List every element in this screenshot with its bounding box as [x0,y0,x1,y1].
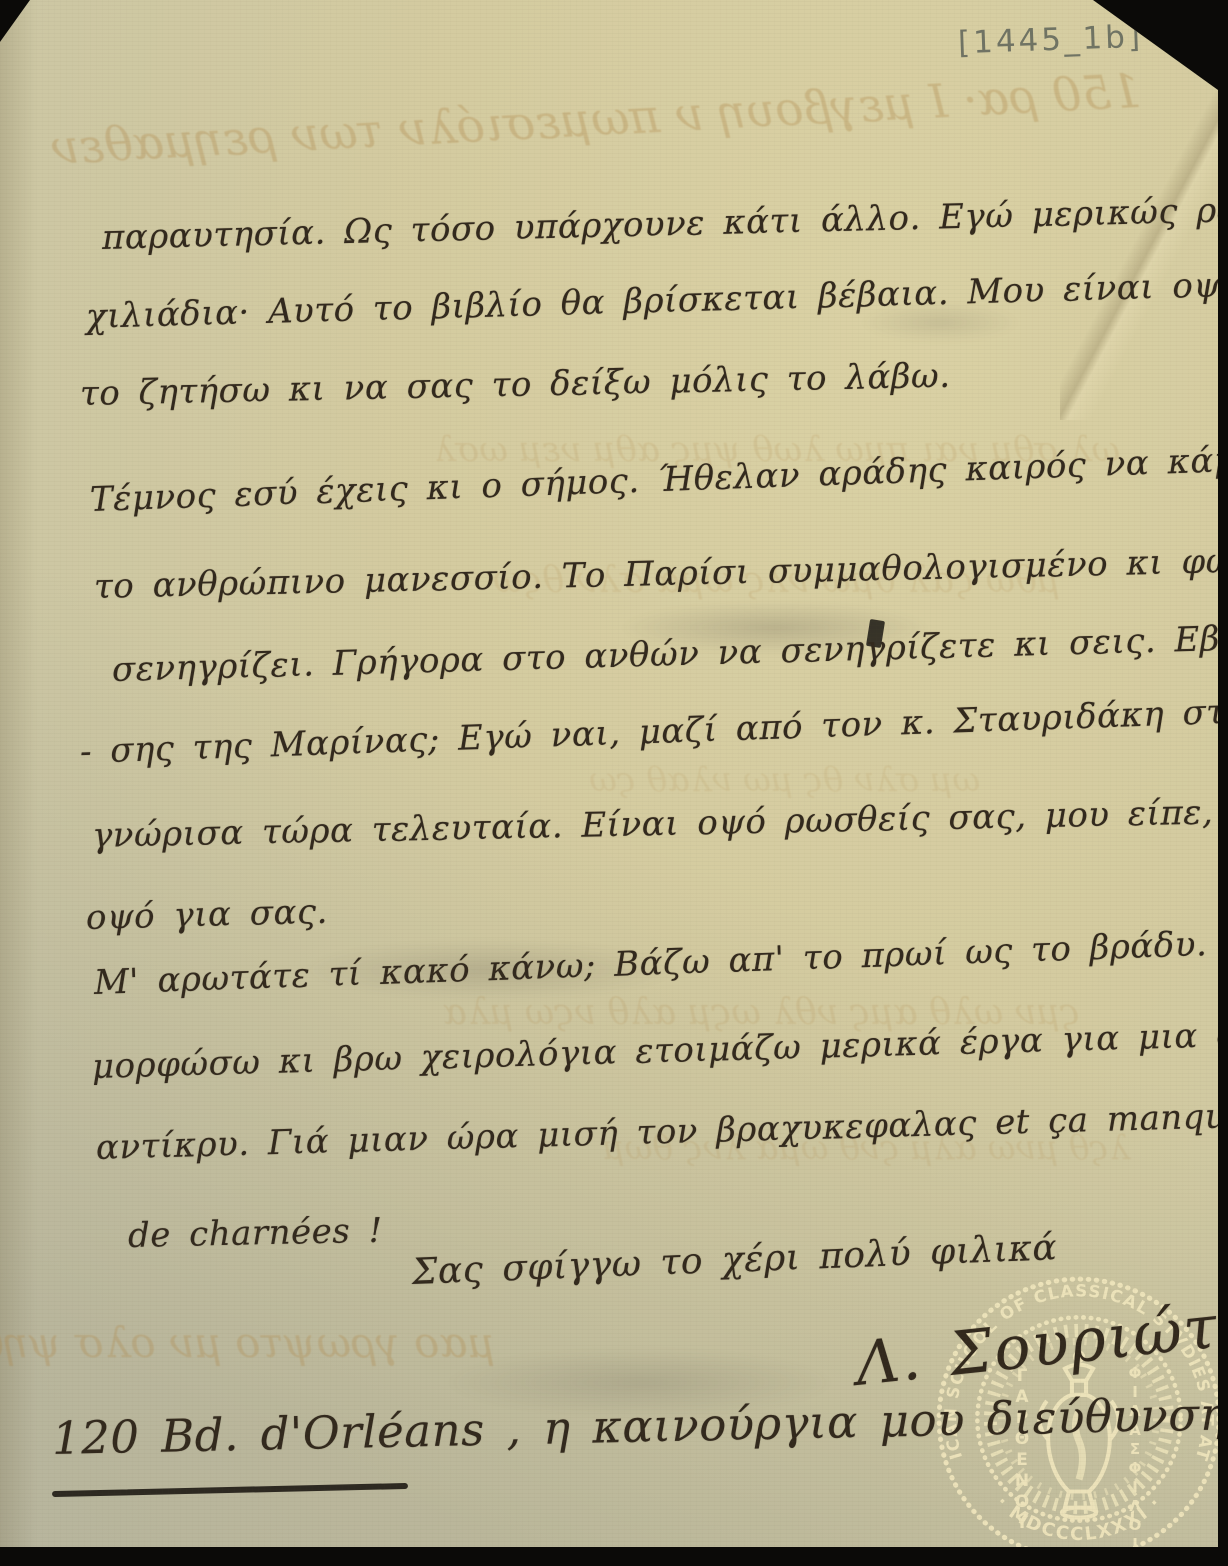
letter-line: de charnées ! [128,1211,384,1256]
letter-line: αντίκρυ. Γιά μιαν ώρα μισή τον βραχυκεφα… [95,1096,1228,1168]
letter-line: το ζητήσω κι να σας το δείξω μόλις το λά… [80,356,951,414]
letter-line: σενηγρίζει. Γρήγορα στο ανθών να σενηγρί… [111,613,1228,690]
letter-line: παραυτησία. Ως τόσο υπάρχουνε κάτι άλλο.… [102,186,1228,258]
letter-line: το ανθρώπινο μανεσσίο. Το Παρίσι συμμαθο… [94,538,1228,607]
archive-notation: [1445_1b] [957,19,1143,61]
letter-paper: 150 ρα· Ι μεγβουη ν πωμεσιόλν των ρεημαθ… [0,0,1228,1566]
bleedthrough-line: μαο γρωψτο μν ολσ ψηθ [0,1318,495,1367]
letter-line: μορφώσω κι βρω χειρολόγια ετοιμάζω μερικ… [91,1010,1228,1087]
paper-edge-shadow-left [0,0,46,1547]
bleedthrough-line: 150 ρα· Ι μεγβουη ν πωμεσιόλν των ρεημαθ… [49,64,1143,176]
address-underline [52,1483,408,1497]
letter-line: γνώρισα τώρα τελευταία. Είναι οψό ρωσθεί… [92,788,1228,856]
scanned-letter-page: 150 ρα· Ι μεγβουη ν πωμεσιόλν των ρεημαθ… [0,0,1228,1566]
letter-line: χιλιάδια· Αυτό το βιβλίο θα βρίσκεται βέ… [85,260,1228,337]
letter-line: Τέμνος εσύ έχεις κι ο σήμος. Ήθελαν αράδ… [89,436,1228,520]
bleedthrough-line: ωμ σλν θς μω νλαθ ςω [589,760,980,800]
letter-line: - σης της Μαρίνας; Εγώ ναι, μαζί από τον… [79,691,1228,772]
letter-line: οψό για σας. [85,892,328,938]
